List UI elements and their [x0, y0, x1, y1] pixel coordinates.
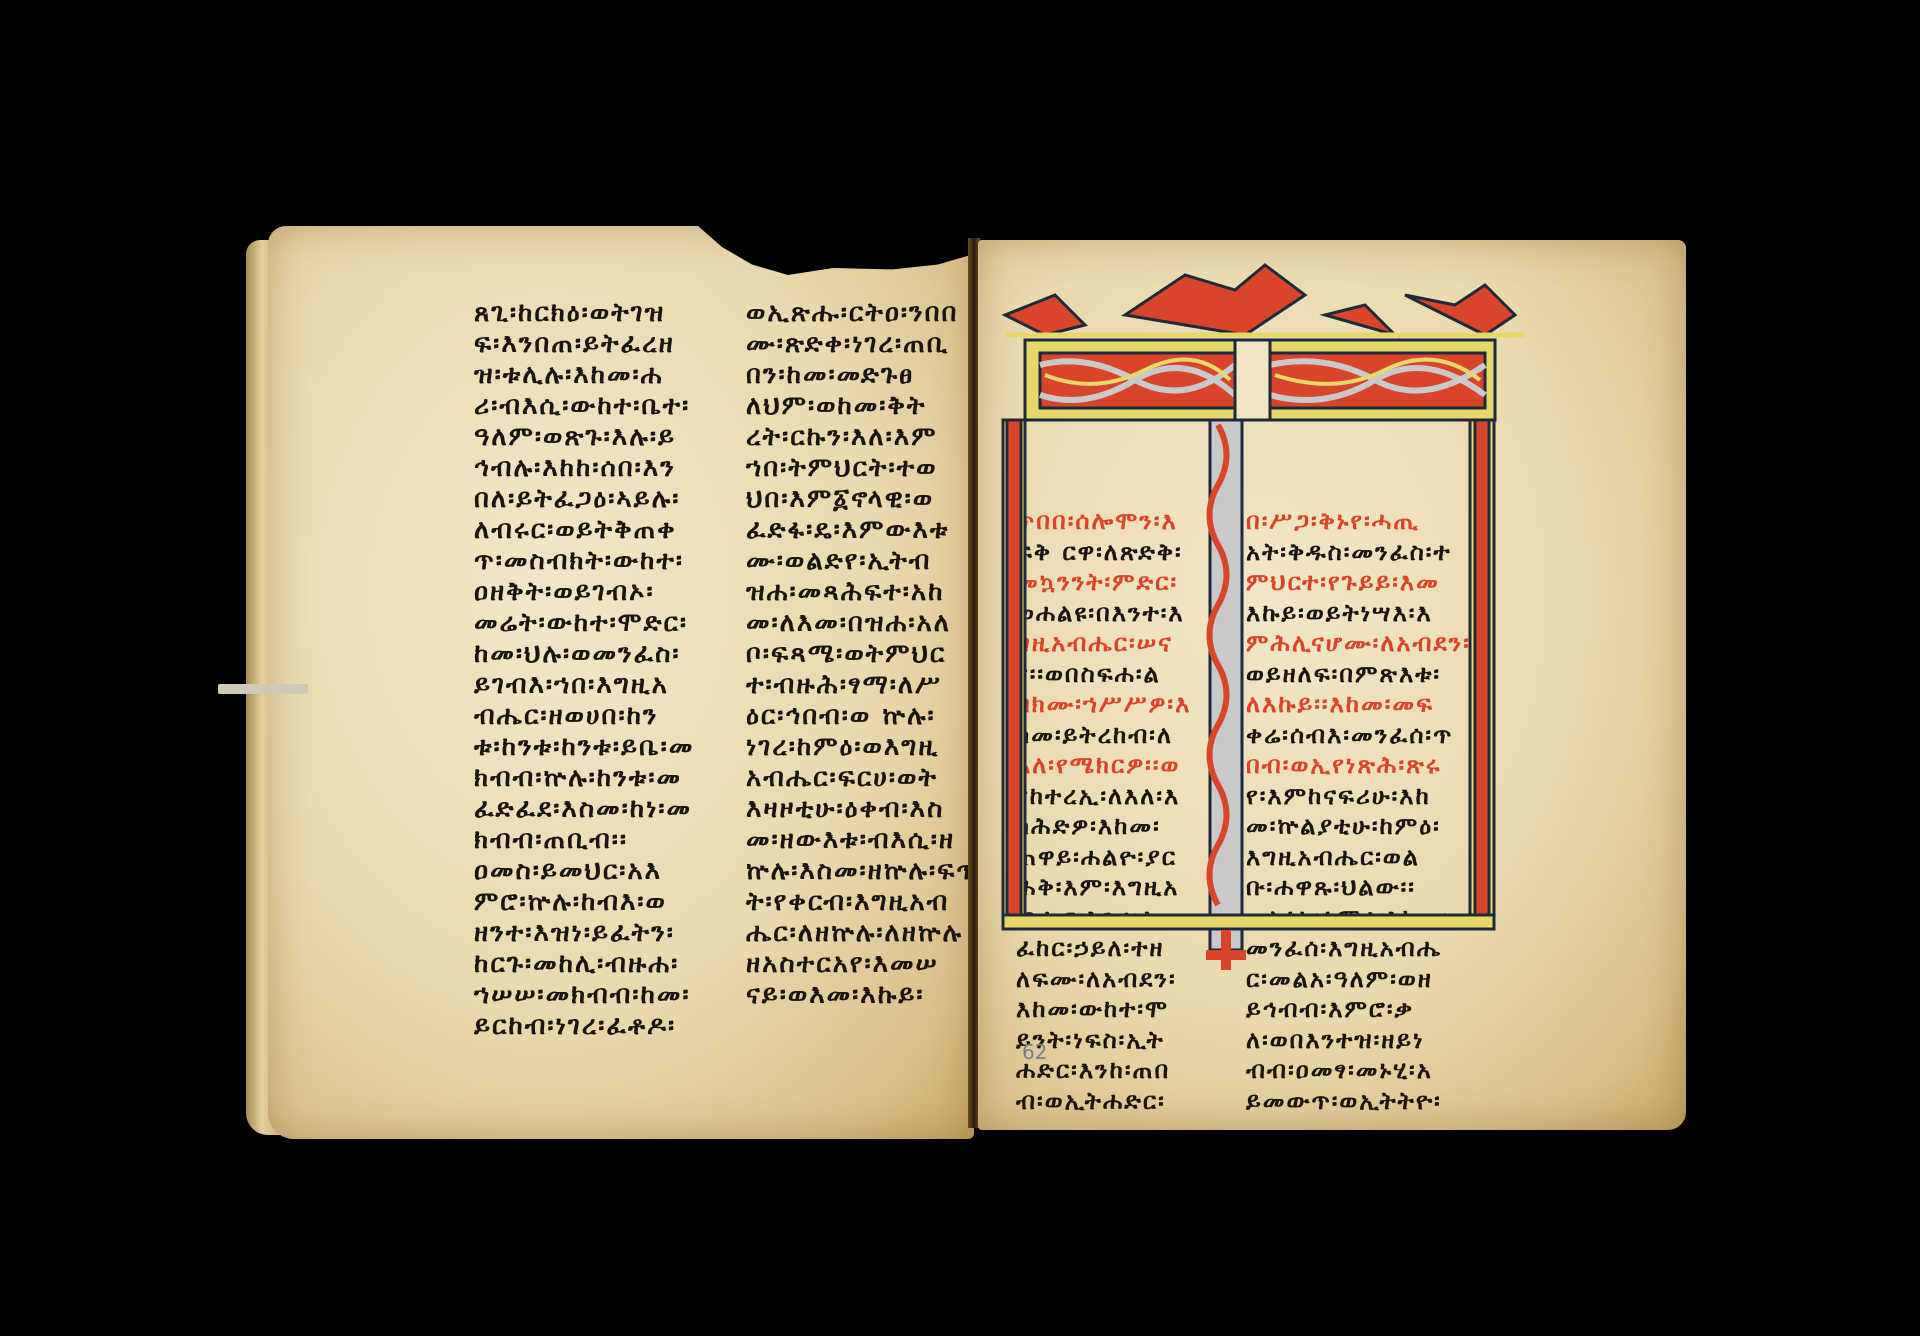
text-line: ይመውጥ፡ወኢትትዮ፡ [1246, 1086, 1471, 1117]
page-tear [698, 226, 998, 296]
text-line: እከመ፡ውከተ፡ሞ [1016, 994, 1191, 1025]
left-column-1: ጸጊ፡ከርክዕ፡ወትገዝ ፍ፡እንበጠ፡ይትፈረዘ ዝ፡ቱሊሉ፡እከመ፡ሐ ሪ፡… [474, 298, 694, 1042]
text-line: ይኅብብ፡እምሮ፡ቃ [1246, 994, 1471, 1025]
left-column-2: ወኢጽሑ፡ርትዐ፡ንበበ ሙ፡ጽድቀ፡ነገረ፡ጠቢ በን፡ከመ፡መድጉፀ ለህም… [746, 298, 995, 1011]
page-number: 62 [1022, 1040, 1047, 1064]
left-page: ጸጊ፡ከርክዕ፡ወትገዝ ፍ፡እንበጠ፡ይትፈረዘ ዝ፡ቱሊሉ፡እከመ፡ሐ ሪ፡… [268, 226, 974, 1139]
headpiece-ornament [985, 255, 1545, 970]
text-line: ብብ፡ዐመፃ፡መኑሂ፡አ [1246, 1055, 1471, 1086]
bookmark-ribbon [218, 684, 308, 694]
text-line: ለ፡ወበእንተዝ፡ዘይነ [1246, 1025, 1471, 1056]
text-line: ብ፡ወኢትሐድር፡ [1016, 1086, 1191, 1117]
